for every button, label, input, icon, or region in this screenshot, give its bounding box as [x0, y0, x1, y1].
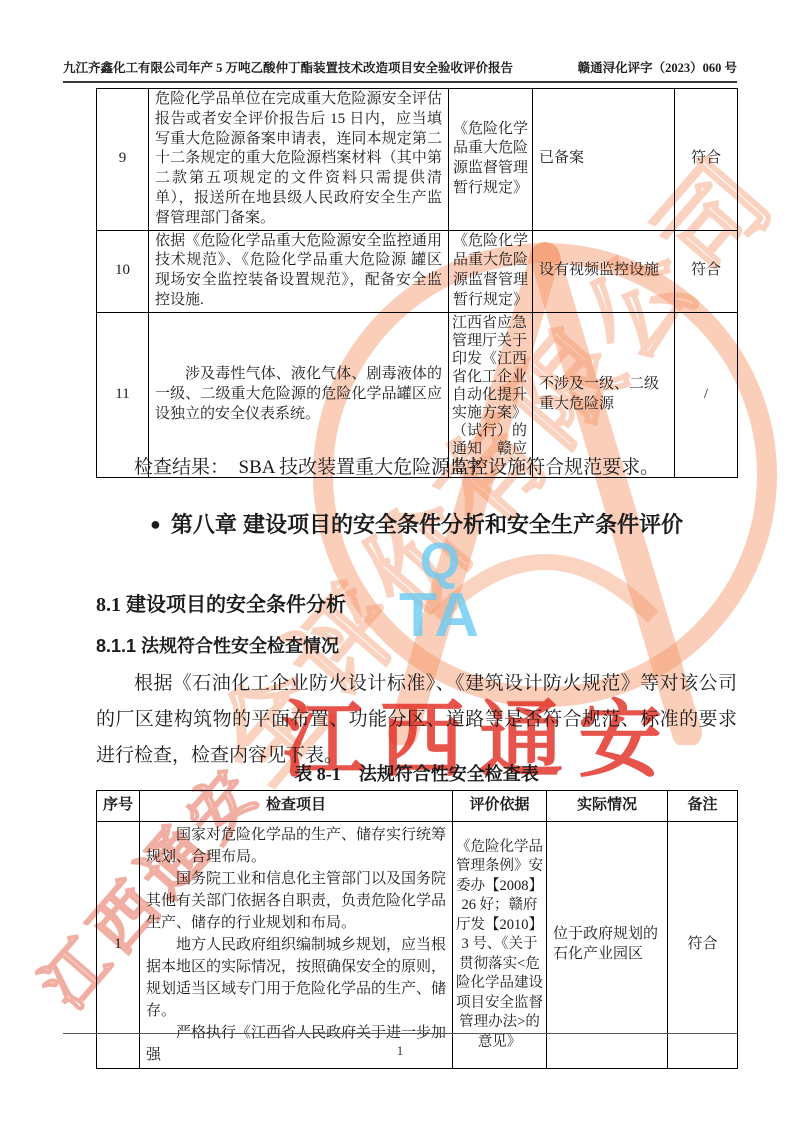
intro-paragraph: 根据《石油化工企业防火设计标准》、《建筑设计防火规范》等对该公司的厂区建构筑物的…: [96, 666, 737, 774]
header-basis: 评价依据: [453, 791, 547, 822]
cell-item: 危险化学品单位在完成重大危险源安全评估报告或者安全评价报告后 15 日内，应当填…: [149, 89, 449, 231]
check-result-text: 检查结果： SBA 技改装置重大危险源监控设施符合规范要求。: [96, 452, 737, 479]
page-header: 九江齐鑫化工有限公司年产 5 万吨乙酸仲丁酯装置技术改造项目安全验收评价报告 赣…: [63, 58, 737, 83]
cell-basis: 《危险化学品重大危险源监督管理暂行规定》: [449, 230, 533, 312]
cell-seq: 1: [97, 822, 140, 1069]
header-item: 检查项目: [140, 791, 453, 822]
page-content: 九江齐鑫化工有限公司年产 5 万吨乙酸仲丁酯装置技术改造项目安全验收评价报告 赣…: [0, 0, 800, 1131]
header-remark: 备注: [668, 791, 738, 822]
table-row: 9 危险化学品单位在完成重大危险源安全评估报告或者安全评价报告后 15 日内，应…: [97, 89, 738, 231]
header-actual: 实际情况: [547, 791, 668, 822]
report-title: 九江齐鑫化工有限公司年产 5 万吨乙酸仲丁酯装置技术改造项目安全验收评价报告: [63, 58, 513, 76]
header-seq: 序号: [97, 791, 140, 822]
item-paragraph: 地方人民政府组织编制城乡规划，应当根据本地区的实际情况，按照确保安全的原则，规划…: [146, 934, 446, 1022]
cell-remark: 符合: [668, 822, 738, 1069]
item-paragraph: 国家对危险化学品的生产、储存实行统筹规划、合理布局。: [146, 824, 446, 868]
cell-actual: 位于政府规划的石化产业园区: [547, 822, 668, 1069]
section-heading-8-1-1: 8.1.1 法规符合性安全检查情况: [96, 632, 339, 658]
item-paragraph: 国务院工业和信息化主管部门以及国务院其他有关部门依据各自职责，负责危险化学品生产…: [146, 868, 446, 934]
footer-divider: [63, 1033, 737, 1034]
cell-basis: 《危险化学品重大危险源监督管理暂行规定》: [449, 89, 533, 231]
cell-remark: 符合: [675, 89, 738, 231]
cell-actual: 已备案: [533, 89, 675, 231]
report-page: 江西通安全评价有限公司 Q TA 江西通安 九江齐鑫化工有限公司年产 5 万吨乙…: [0, 0, 800, 1131]
table-header-row: 序号 检查项目 评价依据 实际情况 备注: [97, 791, 738, 822]
regulation-compliance-check-table: 序号 检查项目 评价依据 实际情况 备注 1 国家对危险化学品的生产、储存实行统…: [96, 790, 738, 1069]
cell-basis: 《危险化学品管理条例》安委办【2008】26 好；赣府厅发【2010】3 号、《…: [453, 822, 547, 1069]
table-8-1-caption: 表 8-1 法规符合性安全检查表: [96, 760, 737, 786]
table-row: 10 依据《危险化学品重大危险源安全监控通用技术规范》、《危险化学品重大危险源 …: [97, 230, 738, 312]
chapter-title: 第八章 建设项目的安全条件分析和安全生产条件评价: [171, 512, 683, 537]
report-doc-number: 赣通浔化评字（2023）060 号: [578, 58, 737, 76]
page-number: 1: [0, 1043, 800, 1059]
bullet-icon: ●: [150, 514, 161, 534]
cell-item: 依据《危险化学品重大危险源安全监控通用技术规范》、《危险化学品重大危险源 罐区现…: [149, 230, 449, 312]
cell-remark: 符合: [675, 230, 738, 312]
major-hazard-check-table: 9 危险化学品单位在完成重大危险源安全评估报告或者安全评价报告后 15 日内，应…: [96, 88, 738, 478]
cell-seq: 10: [97, 230, 149, 312]
table-row: 1 国家对危险化学品的生产、储存实行统筹规划、合理布局。 国务院工业和信息化主管…: [97, 822, 738, 1069]
cell-item: 国家对危险化学品的生产、储存实行统筹规划、合理布局。 国务院工业和信息化主管部门…: [140, 822, 453, 1069]
section-heading-8-1: 8.1 建设项目的安全条件分析: [96, 588, 346, 617]
cell-seq: 9: [97, 89, 149, 231]
chapter-heading: ●第八章 建设项目的安全条件分析和安全生产条件评价: [96, 508, 737, 539]
cell-actual: 设有视频监控设施: [533, 230, 675, 312]
